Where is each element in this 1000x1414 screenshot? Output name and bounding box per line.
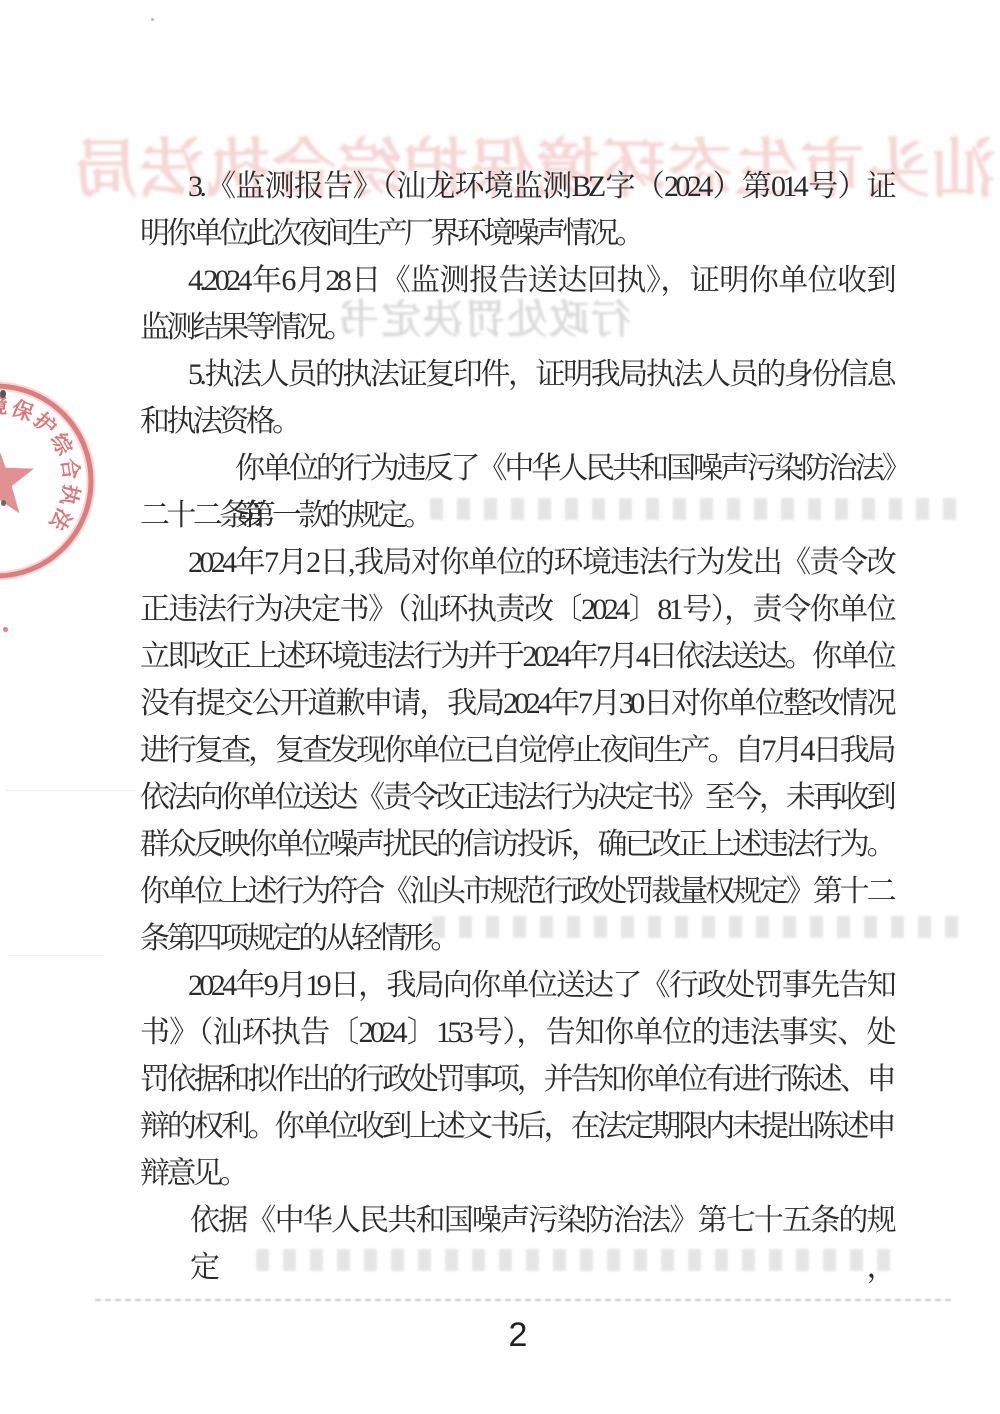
document-line: 辩意见。 (140, 1150, 893, 1197)
page-number: 2 (0, 1316, 1000, 1355)
document-line: 条第四项规定的从轻情形。 (140, 915, 893, 962)
svg-text:汕头市生态环境保护综合执法局: 汕头市生态环境保护综合执法局 (0, 372, 84, 537)
scan-speck (3, 627, 8, 632)
document-line: 罚依据和拟作出的行政处罚事项，并告知你单位有进行陈述、申 (140, 1056, 893, 1103)
document-line: 你单位上述行为符合《汕头市规范行政处罚裁量权规定》第十二 (140, 868, 893, 915)
document-line: 立即改正上述环境违法行为并于2024年7月4日依法送达。你单位 (140, 633, 893, 680)
scan-shadow-line (95, 1299, 951, 1301)
document-line: 进行复查，复查发现你单位已自觉停止夜间生产。自7月4日我局 (140, 727, 893, 774)
official-seal: 汕头市生态环境保护综合执法局 (0, 372, 122, 586)
scanned-document-page: 汕头市生态环境保护综合执法局 行政处罚决定书 汕头市生态环境保护综合执法局 3.… (0, 0, 1000, 1414)
document-line: 5.执法人员的执法证复印件，证明我局执法人员的身份信息 (140, 351, 893, 398)
scan-hairline (8, 955, 104, 956)
document-line: 书》（汕环执告〔2024〕153号），告知你单位的违法事实、处 (140, 1009, 893, 1056)
seal-rim (0, 386, 91, 576)
document-line: 和执法资格。 (140, 398, 893, 445)
document-line: 没有提交公开道歉申请，我局2024年7月30日对你单位整改情况 (140, 680, 893, 727)
document-line: 2024年9月19日，我局向你单位送达了《行政处罚事先告知 (140, 962, 893, 1009)
document-line: 二十二条第一款的规定。 (140, 492, 893, 539)
document-line: 群众反映你单位噪声扰民的信访投诉，确已改正上述违法行为。 (140, 821, 893, 868)
document-line: 3.《监测报告》（汕龙环境监测BZ字（2024）第014号）证 (140, 163, 893, 210)
seal-arc-text: 汕头市生态环境保护综合执法局 (0, 372, 84, 537)
official-seal-graphic: 汕头市生态环境保护综合执法局 (0, 372, 122, 586)
document-line: 依法向你单位送达《责令改正违法行为决定书》至今，未再收到 (140, 774, 893, 821)
scan-speck (1, 500, 6, 506)
document-line: 明你单位此次夜间生产厂界环境噪声情况。 (140, 210, 893, 257)
document-line: 你单位的行为违反了《中华人民共和国噪声污染防治法》第 (140, 445, 893, 492)
document-line: 监测结果等情况。 (140, 304, 893, 351)
document-line: 正违法行为决定书》（汕环执责改〔2024〕81号），责令你单位 (140, 586, 893, 633)
document-line: 2024年7月2日,我局对你单位的环境违法行为发出《责令改 (140, 539, 893, 586)
document-line: 辩的权利。你单位收到上述文书后，在法定期限内未提出陈述申 (140, 1103, 893, 1150)
scan-speck (151, 18, 154, 21)
scan-hairline (5, 790, 135, 791)
text-block: 3.《监测报告》（汕龙环境监测BZ字（2024）第014号）证明你单位此次夜间生… (140, 163, 893, 1244)
document-line: 依据《中华人民共和国噪声污染防治法》第七十五条的规定， (140, 1197, 893, 1244)
document-line: 4.2024年6月28日《监测报告送达回执》，证明你单位收到 (140, 257, 893, 304)
scan-speck (0, 390, 6, 398)
